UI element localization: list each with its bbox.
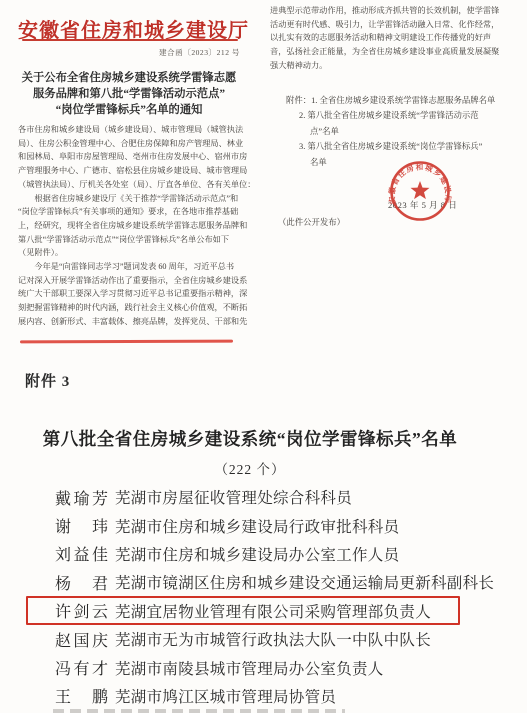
list-item: 许剑云 芜湖宜居物业管理有限公司采购管理部负责人 bbox=[0, 597, 527, 625]
attachment3-label: 附件 3 bbox=[25, 370, 70, 391]
body-line: 进典型示范带动作用，推动形成齐抓共管的长效机制，使学雷锋 bbox=[270, 4, 496, 18]
red-hand-underline bbox=[20, 340, 233, 343]
honoree-position: 芜湖市鸠江区城市管理局协管员 bbox=[115, 685, 336, 707]
body-line: 统广大干部职工要深入学习贯彻习近平总书记重要指示精神，深 bbox=[18, 287, 244, 301]
honoree-position: 芜湖市住房和城乡建设局行政审批科科员 bbox=[115, 515, 399, 537]
body-line: 第八批“学雷锋活动示范点”“岗位学雷锋标兵”名单公布如下 bbox=[18, 233, 244, 247]
body-line: 展内容、创新形式、丰富载体、擦亮品牌，发挥党员、干部和先 bbox=[18, 315, 244, 329]
document-number: 建合函〔2023〕212 号 bbox=[159, 47, 240, 58]
honoree-name: 戴瑜芳 bbox=[55, 486, 111, 509]
body-line: 记对深入开展学雷锋活动作出了重要指示，全省住房城乡建设系 bbox=[18, 274, 244, 288]
notice-title: 关于公布全省住房城乡建设系统学雷锋志愿服务品牌和第八批“学雷锋活动示范点”“岗位… bbox=[12, 70, 246, 118]
body-line: （见附件）。 bbox=[18, 246, 244, 260]
attachment-line: 点”名单 bbox=[310, 124, 516, 139]
list-item: 杨 君 芜湖市镜湖区住房和城乡建设交通运输局更新科副科长 bbox=[0, 568, 527, 596]
honoree-name: 刘益佳 bbox=[55, 542, 111, 565]
honoree-position: 芜湖市住房和城乡建设局办公室工作人员 bbox=[115, 543, 399, 565]
list-item: 赵国庆 芜湖市无为市城管行政执法大队一中队中队长 bbox=[0, 625, 527, 653]
notice-title-line: 服务品牌和第八批“学雷锋活动示范点” bbox=[12, 86, 246, 102]
list-item: 戴瑜芳 芜湖市房屋征收管理处综合科科员 bbox=[0, 483, 527, 511]
honoree-position: 芜湖市镜湖区住房和城乡建设交通运输局更新科副科长 bbox=[115, 571, 494, 593]
body-line: 强大精神动力。 bbox=[270, 59, 496, 73]
public-release-note: （此件公开发布） bbox=[278, 216, 345, 228]
attachment3-count: （222 个） bbox=[8, 458, 492, 478]
body-line: 局）、住房公积金管理中心、合肥住房保障和房产管理局、林业 bbox=[18, 137, 244, 151]
honoree-name: 杨 君 bbox=[55, 571, 111, 594]
honoree-name: 冯有才 bbox=[55, 656, 111, 679]
honoree-name: 王 鹏 bbox=[55, 684, 111, 707]
list-item: 刘益佳 芜湖市住房和城乡建设局办公室工作人员 bbox=[0, 540, 527, 568]
attachment-line: 附件：1. 全省住房城乡建设系统学雷锋志愿服务品牌名单 bbox=[286, 93, 516, 108]
body-line: 上，经研究，现将全省住房城乡建设系统学雷锋志愿服务品牌和 bbox=[18, 219, 244, 233]
body-line: 今年是“向雷锋同志学习”题词发表 60 周年，习近平总书 bbox=[18, 260, 244, 274]
body-line: 音，弘扬社会正能量，为全省住房城乡建设事业高质量发展凝聚 bbox=[270, 45, 496, 59]
body-line: “岗位学雷锋标兵”有关事项的通知》要求，在各地市推荐基础 bbox=[18, 205, 244, 219]
honoree-position: 芜湖市房屋征收管理处综合科科员 bbox=[115, 486, 352, 508]
honoree-name-list: 戴瑜芳 芜湖市房屋征收管理处综合科科员 谢 玮 芜湖市住房和城乡建设局行政审批科… bbox=[0, 483, 527, 710]
honoree-name: 赵国庆 bbox=[55, 628, 111, 651]
attachment3-title: 第八批全省住房城乡建设系统“岗位学雷锋标兵”名单 bbox=[8, 426, 492, 451]
body-line: 各市住房和城乡建设局（城乡建设局）、城市管理局（城管执法 bbox=[18, 123, 244, 137]
body-line: 刻把握雷锋精神的时代内涵，践行社会主义核心价值观，不断拓 bbox=[18, 301, 244, 315]
scanned-notice-document: 安徽省住房和城乡建设厅 建合函〔2023〕212 号 关于公布全省住房城乡建设系… bbox=[0, 0, 527, 713]
official-seal: 安徽省住房和城乡建设厅 bbox=[374, 146, 466, 238]
seal-star-icon bbox=[411, 181, 430, 199]
body-line: 根据省住房城乡建设厅《关于推荐“学雷锋活动示范点”和 bbox=[18, 192, 244, 206]
page2-body-text: 进典型示范带动作用，推动形成齐抓共管的长效机制，使学雷锋活动更有时代感、吸引力，… bbox=[270, 4, 496, 73]
attachment-line: 2. 第八批全省住房城乡建设系统“学雷锋活动示范 bbox=[299, 108, 516, 123]
page1-body-text: 各市住房和城乡建设局（城乡建设局）、城市管理局（城管执法局）、住房公积金管理中心… bbox=[18, 123, 244, 329]
honoree-name: 许剑云 bbox=[55, 599, 111, 622]
list-item: 王 鹏 芜湖市鸠江区城市管理局协管员 bbox=[0, 682, 527, 710]
honoree-name: 谢 玮 bbox=[55, 514, 111, 537]
honoree-position: 芜湖市无为市城管行政执法大队一中队中队长 bbox=[115, 628, 431, 650]
honoree-position: 芜湖市南陵县城市管理局办公室负责人 bbox=[115, 657, 384, 679]
body-line: （城管执法局）、厅机关各处室（局）、厅直各单位、各有关单位： bbox=[18, 178, 244, 192]
clipped-next-row bbox=[53, 709, 345, 713]
body-line: 活动更有时代感、吸引力，让学雷锋活动融入日常、化作经常， bbox=[270, 18, 496, 32]
body-line: 产管理服务中心、广德市、宿松县住房城乡建设局、城市管理局 bbox=[18, 164, 244, 178]
body-line: 以扎实有效的志愿服务活动和精神文明建设工作传播党的好声 bbox=[270, 31, 496, 45]
list-item: 谢 玮 芜湖市住房和城乡建设局行政审批科科员 bbox=[0, 511, 527, 539]
list-item: 冯有才 芜湖市南陵县城市管理局办公室负责人 bbox=[0, 653, 527, 681]
honoree-position: 芜湖宜居物业管理有限公司采购管理部负责人 bbox=[115, 600, 431, 622]
notice-title-line: 关于公布全省住房城乡建设系统学雷锋志愿 bbox=[12, 70, 246, 86]
body-line: 和园林局、阜阳市房屋管理局、亳州市住房发展中心、宿州市房 bbox=[18, 150, 244, 164]
notice-title-line: “岗位学雷锋标兵”名单的通知 bbox=[12, 102, 246, 118]
